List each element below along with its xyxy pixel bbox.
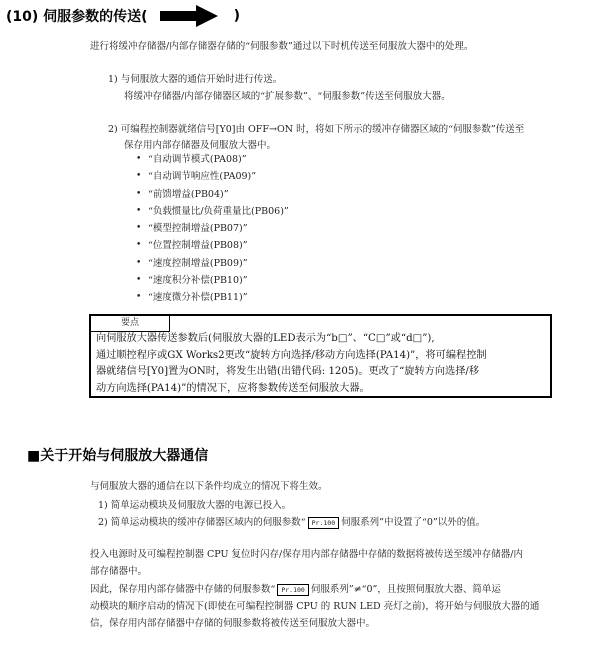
comm-para-2-line-1: 因此，保存用内部存储器中存储的伺服参数“Pr.100伺服系列”≠“0”，且按照伺… (90, 581, 501, 599)
comm-para-1-line-1: 投入电源时及可编程控制器 CPU 复位时闪存/保存用内部存储器中存储的数据将被传… (90, 546, 523, 564)
item-1-line-2: 将缓冲存储器/内部存储器区域的“扩展参数”、“伺服参数”传送至伺服放大器。 (124, 88, 451, 106)
list-item: •“速度积分补偿(PB10)” (136, 272, 289, 289)
comm-para-2-line-3: 信，保存用内部存储器中存储的伺服参数将被传送至伺服放大器中。 (90, 615, 375, 633)
comm-intro: 与伺服放大器的通信在以下条件均成立的情况下将生效。 (90, 478, 328, 496)
point-label: 要点 (91, 316, 170, 332)
comm-para-1-line-2: 部存储器中。 (90, 563, 147, 581)
bullet-icon: • (136, 255, 148, 273)
point-line: 通过顺控程序或GX Works2更改“旋转方向选择/移动方向选择(PA14)”，… (96, 348, 487, 365)
point-line: 动方向选择(PA14)”的情况下，应将参数传送至伺服放大器。 (96, 381, 487, 398)
list-item: •“位置控制增益(PB08)” (136, 237, 289, 254)
bullet-icon: • (136, 220, 148, 238)
list-item: •“自动调节模式(PA08)” (136, 151, 289, 168)
list-item: •“速度微分补偿(PB11)” (136, 289, 289, 306)
section-title: (10) 伺服参数的传送( ) (6, 5, 240, 27)
bullet-icon: • (136, 186, 148, 204)
point-line: 向伺服放大器传送参数后(伺服放大器的LED表示为“b□”、“C□”或“d□”), (96, 331, 487, 348)
section-title-prefix: (10) 伺服参数的传送( (6, 6, 148, 26)
item-2-line-1: 2) 可编程控制器就绪信号[Y0]由 OFF→ON 时，将如下所示的缓冲存储器区… (108, 121, 524, 139)
bullet-icon: • (136, 289, 148, 307)
parameter-bullet-list: •“自动调节模式(PA08)” •“自动调节响应性(PA09)” •“前馈增益(… (136, 151, 289, 307)
comm-para-2-line-2: 动模块的顺序启动的情况下(即使在可编程控制器 CPU 的 RUN LED 亮灯之… (90, 598, 539, 616)
comm-item-2: 2) 简单运动模块的缓冲存储器区域内的伺服参数“Pr.100伺服系列”中设置了“… (98, 514, 485, 532)
list-item: •“速度控制增益(PB09)” (136, 255, 289, 272)
list-item: •“负载惯量比/负荷重量比(PB06)” (136, 203, 289, 220)
comm-item-1: 1) 简单运动模块及伺服放大器的电源已投入。 (98, 497, 291, 515)
right-arrow-icon (160, 5, 218, 27)
bullet-icon: • (136, 237, 148, 255)
parameter-tag: Pr.100 (277, 584, 308, 596)
bullet-icon: • (136, 203, 148, 221)
bullet-icon: • (136, 168, 148, 186)
list-item: •“前馈增益(PB04)” (136, 186, 289, 203)
bullet-icon: • (136, 151, 148, 169)
communication-section-title: ■关于开始与伺服放大器通信 (27, 445, 208, 465)
intro-paragraph: 进行将缓冲存储器/内部存储器存储的“伺服参数”通过以下时机传送至伺服放大器中的处… (90, 38, 473, 56)
list-item: •“自动调节响应性(PA09)” (136, 168, 289, 185)
bullet-icon: • (136, 272, 148, 290)
section-title-suffix: ) (234, 8, 240, 24)
item-1-line-1: 1) 与伺服放大器的通信开始时进行传送。 (108, 71, 282, 89)
list-item: •“模型控制增益(PB07)” (136, 220, 289, 237)
point-text: 向伺服放大器传送参数后(伺服放大器的LED表示为“b□”、“C□”或“d□”),… (96, 331, 487, 397)
parameter-tag: Pr.100 (308, 517, 339, 529)
point-callout-box: 要点 向伺服放大器传送参数后(伺服放大器的LED表示为“b□”、“C□”或“d□… (89, 314, 552, 398)
point-line: 器就绪信号[Y0]置为ON时，将发生出错(出错代码: 1205)。更改了“旋转方… (96, 364, 487, 381)
